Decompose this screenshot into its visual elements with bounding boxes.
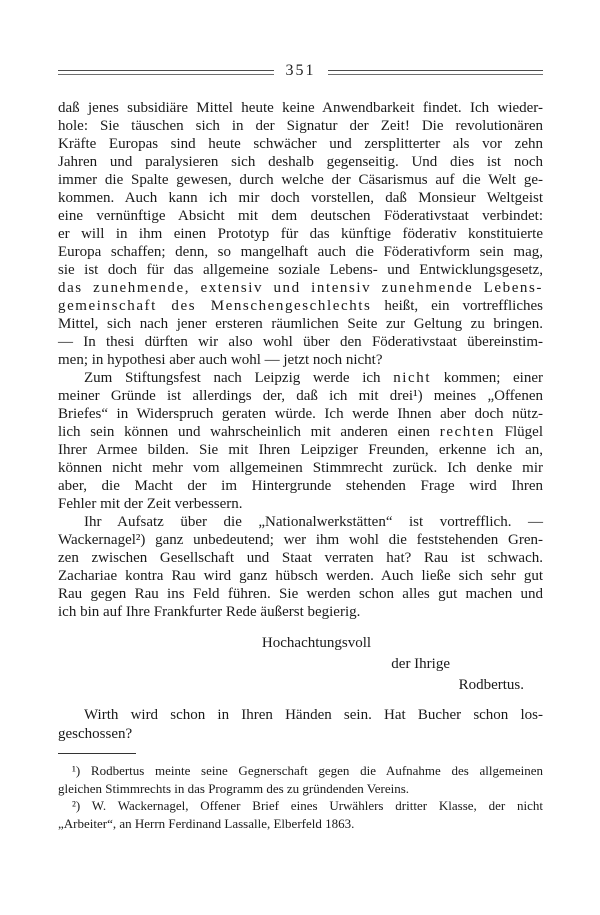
page-number: 351	[283, 63, 319, 79]
text-segment: gleichen Stimmrechts in das Programm des…	[58, 781, 409, 796]
paragraph-line: Zachariae kontra Rau wird ganz hübsch we…	[58, 567, 543, 585]
page-header: 351	[58, 64, 543, 80]
text-segment: meiner Gründe ist allerdings der, daß ic…	[58, 388, 543, 404]
text-segment: Rau gegen Rau ins Feld führen. Sie werde…	[58, 586, 543, 602]
text-segment: — In thesi dürften wir also wohl über de…	[58, 334, 543, 350]
text-segment: kommen; einer	[431, 370, 543, 386]
letter-postscript: Wirth wird schon in Ihren Händen sein. H…	[58, 706, 543, 744]
paragraph-line: Europa schaffen; denn, so mangelhaft auc…	[58, 243, 543, 261]
paragraph-line: eine vernünftige Absicht mit dem deutsch…	[58, 207, 543, 225]
paragraph-line: das zunehmende, extensiv und intensiv zu…	[58, 279, 543, 297]
paragraph-line: Jahren und paralysieren sich deshalb geg…	[58, 153, 543, 171]
text-segment: Kräfte Europas sind heute schwächer und …	[58, 136, 543, 152]
footnote-line: ²) W. Wackernagel, Offener Brief eines U…	[58, 797, 543, 815]
paragraph-line: — In thesi dürften wir also wohl über de…	[58, 333, 543, 351]
paragraph-line: Kräfte Europas sind heute schwächer und …	[58, 135, 543, 153]
closing-salutation: Hochachtungsvoll	[58, 633, 543, 654]
text-segment: heißt, ein vortreffliches	[371, 298, 543, 314]
paragraph-line: sie ist doch für das allgemeine soziale …	[58, 261, 543, 279]
text-segment: Wirth wird schon in Ihren Händen sein. H…	[84, 707, 543, 723]
footnote-line: ¹) Rodbertus meinte seine Gegnerschaft g…	[58, 762, 543, 780]
text-segment: ¹) Rodbertus meinte seine Gegnerschaft g…	[72, 763, 543, 778]
paragraph-line: können nicht mehr vom allgemeinen Stimmr…	[58, 459, 543, 477]
text-segment: Zachariae kontra Rau wird ganz hübsch we…	[58, 568, 543, 584]
book-page: 351 daß jenes subsidiäre Mittel heute ke…	[0, 0, 600, 915]
emphasized-text: das zunehmende, extensiv und intensiv zu…	[58, 280, 543, 296]
text-segment: lich sein können und wahrscheinlich mit …	[58, 424, 440, 440]
text-segment: Briefes“ in Widerspruch geraten würde. I…	[58, 406, 543, 422]
paragraph-line: kommen. Auch kann ich mir doch vorstelle…	[58, 189, 543, 207]
closing-signoff: der Ihrige	[58, 654, 543, 675]
paragraph-line: immer die Spalte gewesen, durch welche d…	[58, 171, 543, 189]
text-segment: daß jenes subsidiäre Mittel heute keine …	[58, 100, 543, 116]
paragraph-line: lich sein können und wahrscheinlich mit …	[58, 423, 543, 441]
text-segment: geschossen?	[58, 726, 132, 742]
text-segment: hole: Sie täuschen sich in der Signatur …	[58, 118, 543, 134]
text-segment: men; in hypothesi aber auch wohl — jetzt…	[58, 352, 383, 368]
postscript-line: Wirth wird schon in Ihren Händen sein. H…	[58, 706, 543, 725]
header-rule-left	[58, 70, 274, 75]
letter-paragraphs: daß jenes subsidiäre Mittel heute keine …	[58, 99, 543, 621]
paragraph-line: er will in ihm einen Prototyp für das kü…	[58, 225, 543, 243]
paragraph-line: men; in hypothesi aber auch wohl — jetzt…	[58, 351, 543, 369]
paragraph-line: Mittel, sich nach jener ersteren räumlic…	[58, 315, 543, 333]
text-segment: Fehler mit der Zeit verbessern.	[58, 496, 243, 512]
paragraph-line: aber, die Macht der im Hintergrunde steh…	[58, 477, 543, 495]
header-rule-right	[328, 70, 544, 75]
paragraph-line: Ihr Aufsatz über die „Nationalwerkstätte…	[58, 513, 543, 531]
emphasized-text: nicht	[393, 370, 431, 386]
paragraph-line: ich bin auf Ihre Frankfurter Rede äußers…	[58, 603, 543, 621]
text-segment: aber, die Macht der im Hintergrunde steh…	[58, 478, 543, 494]
paragraph-line: Ihrer Armee bilden. Sie mit Ihren Leipzi…	[58, 441, 543, 459]
paragraph-line: gemeinschaft des Menschengeschlechts hei…	[58, 297, 543, 315]
text-segment: ²) W. Wackernagel, Offener Brief eines U…	[72, 798, 543, 813]
text-segment: Europa schaffen; denn, so mangelhaft auc…	[58, 244, 543, 260]
text-segment: Mittel, sich nach jener ersteren räumlic…	[58, 316, 543, 332]
footnote-line: gleichen Stimmrechts in das Programm des…	[58, 780, 543, 798]
text-segment: „Arbeiter“, an Herrn Ferdinand Lassalle,…	[58, 816, 354, 831]
text-segment: kommen. Auch kann ich mir doch vorstelle…	[58, 190, 543, 206]
paragraph-line: meiner Gründe ist allerdings der, daß ic…	[58, 387, 543, 405]
paragraph-line: zen zwischen Gesellschaft und Staat verr…	[58, 549, 543, 567]
text-segment: eine vernünftige Absicht mit dem deutsch…	[58, 208, 543, 224]
paragraph-line: Rau gegen Rau ins Feld führen. Sie werde…	[58, 585, 543, 603]
text-segment: Jahren und paralysieren sich deshalb geg…	[58, 154, 543, 170]
text-segment: Ihr Aufsatz über die „Nationalwerkstätte…	[84, 514, 543, 530]
text-segment: können nicht mehr vom allgemeinen Stimmr…	[58, 460, 543, 476]
letter-closing: Hochachtungsvoll der Ihrige Rodbertus.	[58, 633, 543, 696]
text-segment: Zum Stiftungsfest nach Leipzig werde ich	[84, 370, 393, 386]
text-segment: er will in ihm einen Prototyp für das kü…	[58, 226, 543, 242]
text-segment: zen zwischen Gesellschaft und Staat verr…	[58, 550, 543, 566]
paragraph-line: Zum Stiftungsfest nach Leipzig werde ich…	[58, 369, 543, 387]
text-segment: sie ist doch für das allgemeine soziale …	[58, 262, 543, 278]
text-segment: ich bin auf Ihre Frankfurter Rede äußers…	[58, 604, 360, 620]
paragraph-line: Briefes“ in Widerspruch geraten würde. I…	[58, 405, 543, 423]
paragraph-line: Wackernagel²) ganz unbedeutend; wer ihm …	[58, 531, 543, 549]
text-segment: Wackernagel²) ganz unbedeutend; wer ihm …	[58, 532, 543, 548]
text-segment: immer die Spalte gewesen, durch welche d…	[58, 172, 543, 188]
postscript-line: geschossen?	[58, 725, 543, 744]
paragraph-line: hole: Sie täuschen sich in der Signatur …	[58, 117, 543, 135]
closing-signature: Rodbertus.	[58, 675, 543, 696]
paragraph-line: Fehler mit der Zeit verbessern.	[58, 495, 543, 513]
text-segment: Flügel	[495, 424, 543, 440]
letter-body: daß jenes subsidiäre Mittel heute keine …	[58, 99, 543, 832]
emphasized-text: gemeinschaft des Menschengeschlechts	[58, 298, 371, 314]
text-segment: Ihrer Armee bilden. Sie mit Ihren Leipzi…	[58, 442, 543, 458]
footnote-separator	[58, 753, 136, 754]
footnotes: ¹) Rodbertus meinte seine Gegnerschaft g…	[58, 762, 543, 832]
footnote-line: „Arbeiter“, an Herrn Ferdinand Lassalle,…	[58, 815, 543, 833]
emphasized-text: rechten	[440, 424, 495, 440]
paragraph-line: daß jenes subsidiäre Mittel heute keine …	[58, 99, 543, 117]
